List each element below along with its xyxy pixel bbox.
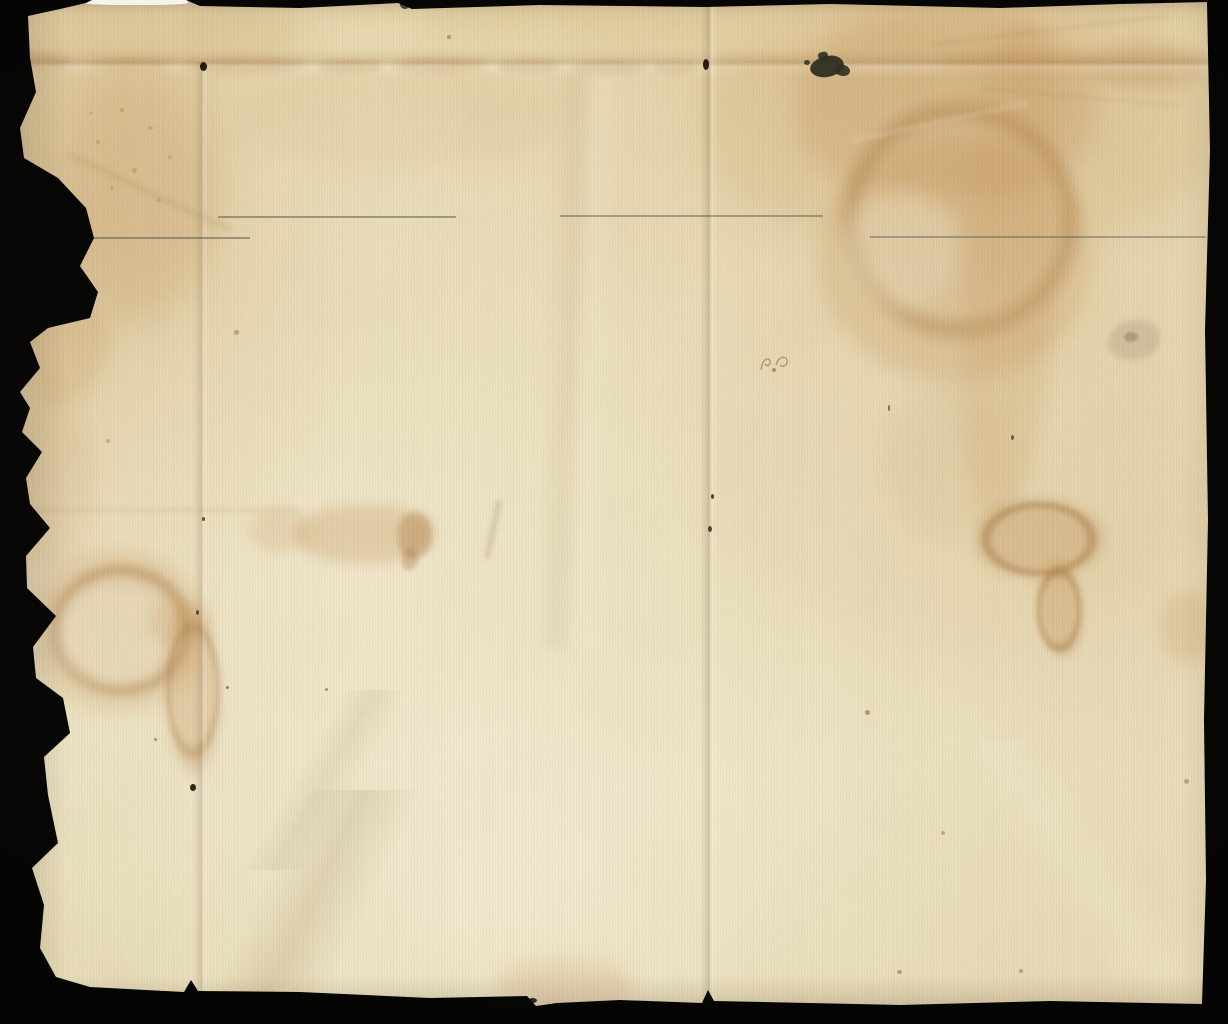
pencil-squiggle-mark (758, 352, 798, 378)
scene-description: Scan of a blank sheet of aged, yellowed … (0, 0, 1, 1)
paper-sheet (0, 0, 1228, 1024)
ink-blot-satellite (804, 60, 810, 65)
mark-layer (0, 0, 1228, 1024)
scanned-image: Scan of a blank sheet of aged, yellowed … (0, 0, 1228, 1024)
scan-edge-highlight (84, 0, 188, 5)
ink-blot-tail (835, 63, 852, 78)
